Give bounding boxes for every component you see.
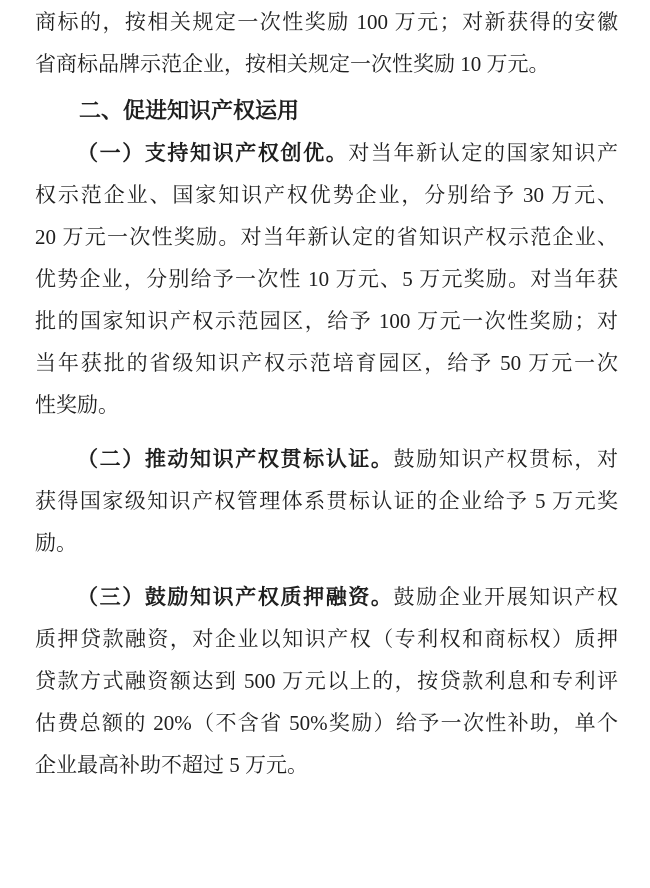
text-line: 当年获批的省级知识产权示范培育园区，给予 50 万元一次: [35, 342, 618, 384]
paragraph-lead: （二）推动知识产权贯标认证。: [77, 447, 394, 471]
line-text: 鼓励企业开展知识产权: [394, 585, 618, 609]
text-line: 批的国家知识产权示范园区，给予 100 万元一次性奖励；对: [35, 300, 618, 342]
line-text: 优势企业，分别给予一次性 10 万元、5 万元奖励。对当年获: [35, 267, 618, 291]
line-text: 质押贷款融资，对企业以知识产权（专利权和商标权）质押: [35, 627, 618, 651]
line-text: 二、促进知识产权运用: [79, 98, 299, 123]
line-text: 20 万元一次性奖励。对当年新认定的省知识产权示范企业、: [35, 225, 618, 249]
text-line: （二）推动知识产权贯标认证。鼓励知识产权贯标，对: [35, 438, 618, 480]
paragraph-lead: （一）支持知识产权创优。: [77, 141, 348, 165]
line-text: 权示范企业、国家知识产权优势企业，分别给予 30 万元、: [35, 183, 618, 207]
text-line: 贷款方式融资额达到 500 万元以上的，按贷款利息和专利评: [35, 660, 618, 702]
text-line: 性奖励。: [35, 384, 618, 426]
text-line: 20 万元一次性奖励。对当年新认定的省知识产权示范企业、: [35, 216, 618, 258]
line-text: 获得国家级知识产权管理体系贯标认证的企业给予 5 万元奖: [35, 489, 618, 513]
line-text: 估费总额的 20%（不含省 50%奖励）给予一次性补助，单个: [35, 711, 618, 735]
paragraph-lead: （三）鼓励知识产权质押融资。: [77, 585, 394, 609]
document-page: 商标的，按相关规定一次性奖励 100 万元；对新获得的安徽 省商标品牌示范企业，…: [0, 0, 650, 888]
text-line: 权示范企业、国家知识产权优势企业，分别给予 30 万元、: [35, 174, 618, 216]
text-line: 商标的，按相关规定一次性奖励 100 万元；对新获得的安徽: [35, 1, 618, 43]
text-line: 获得国家级知识产权管理体系贯标认证的企业给予 5 万元奖: [35, 480, 618, 522]
text-line: 优势企业，分别给予一次性 10 万元、5 万元奖励。对当年获: [35, 258, 618, 300]
line-text: 省商标品牌示范企业，按相关规定一次性奖励 10 万元。: [35, 52, 550, 76]
text-line: 省商标品牌示范企业，按相关规定一次性奖励 10 万元。: [35, 43, 618, 85]
text-line: 企业最高补助不超过 5 万元。: [35, 744, 618, 786]
line-text: 当年获批的省级知识产权示范培育园区，给予 50 万元一次: [35, 351, 618, 375]
line-text: 性奖励。: [35, 393, 119, 417]
line-text: 鼓励知识产权贯标，对: [394, 447, 618, 471]
text-line: （一）支持知识产权创优。对当年新认定的国家知识产: [35, 132, 618, 174]
text-line: 励。: [35, 522, 618, 564]
line-text: 批的国家知识产权示范园区，给予 100 万元一次性奖励；对: [35, 309, 618, 333]
line-text: 贷款方式融资额达到 500 万元以上的，按贷款利息和专利评: [35, 669, 618, 693]
text-line: 二、促进知识产权运用: [35, 90, 618, 132]
text-line: （三）鼓励知识产权质押融资。鼓励企业开展知识产权: [35, 576, 618, 618]
document-body: 商标的，按相关规定一次性奖励 100 万元；对新获得的安徽 省商标品牌示范企业，…: [35, 1, 618, 786]
text-line: 质押贷款融资，对企业以知识产权（专利权和商标权）质押: [35, 618, 618, 660]
line-text: 对当年新认定的国家知识产: [348, 141, 618, 165]
line-text: 励。: [35, 531, 77, 555]
line-text: 企业最高补助不超过 5 万元。: [35, 753, 308, 777]
line-text: 商标的，按相关规定一次性奖励 100 万元；对新获得的安徽: [35, 10, 618, 34]
text-line: 估费总额的 20%（不含省 50%奖励）给予一次性补助，单个: [35, 702, 618, 744]
